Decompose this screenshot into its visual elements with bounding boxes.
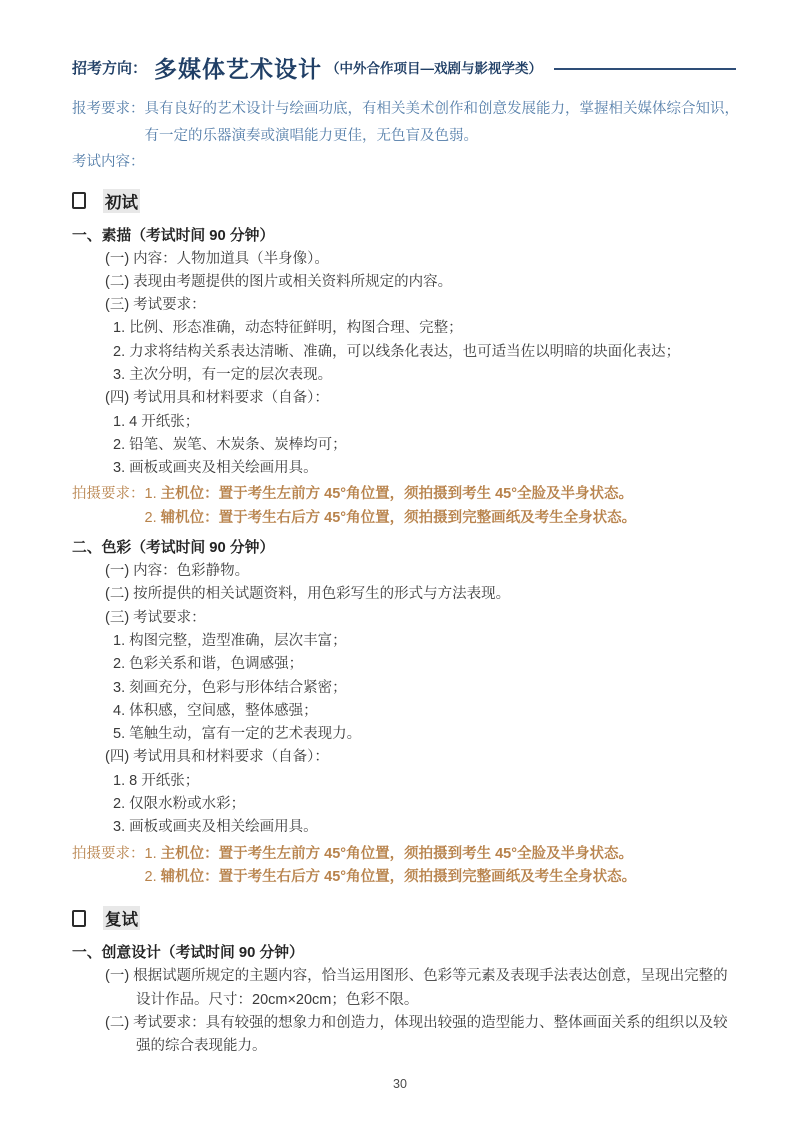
list-item: 3. 刻画充分，色彩与形体结合紧密； [113, 677, 740, 700]
shooting-lines: 1. 主机位：置于考生左前方 45°角位置，须拍摄到考生 45°全脸及半身状态。… [145, 843, 637, 890]
shooting-item: 2. 辅机位：置于考生右后方 45°角位置，须拍摄到完整画纸及考生全身状态。 [145, 866, 637, 889]
shooting-item-number: 2. [145, 869, 161, 885]
shooting-label: 拍摄要求： [72, 843, 145, 890]
list-item: (四) 考试用具和材料要求（自备）： [105, 746, 740, 769]
shooting-item-text: 辅机位：置于考生右后方 45°角位置，须拍摄到完整画纸及考生全身状态。 [161, 510, 636, 526]
direction-label: 招考方向： [72, 54, 147, 84]
list-item: (二) 按所提供的相关试题资料，用色彩写生的形式与方法表现。 [105, 583, 740, 606]
shooting-label: 拍摄要求： [72, 483, 145, 530]
shooting-item-number: 1. [145, 846, 161, 862]
shooting-item: 1. 主机位：置于考生左前方 45°角位置，须拍摄到考生 45°全脸及半身状态。 [145, 843, 637, 866]
header-rule [554, 68, 736, 70]
page-subtitle: （中外合作项目—戏剧与影视学类） [326, 54, 542, 84]
list-item: 1. 8 开纸张； [113, 770, 740, 793]
shooting-requirements: 拍摄要求： 1. 主机位：置于考生左前方 45°角位置，须拍摄到考生 45°全脸… [72, 483, 740, 530]
list-item: 5. 笔触生动，富有一定的艺术表现力。 [113, 723, 740, 746]
page-title: 多媒体艺术设计 [154, 54, 322, 84]
list-item: (二) 表现由考题提供的图片或相关资料所规定的内容。 [105, 271, 740, 294]
document-page: 招考方向： 多媒体艺术设计 （中外合作项目—戏剧与影视学类） 报考要求： 具有良… [0, 0, 800, 1131]
requirements-text: 具有良好的艺术设计与绘画功底，有相关美术创作和创意发展能力，掌握相关媒体综合知识… [145, 96, 741, 149]
shooting-item-number: 2. [145, 510, 161, 526]
stage-title: 初试 [103, 189, 140, 213]
list-item: 3. 主次分明，有一定的层次表现。 [113, 364, 740, 387]
list-item: 3. 画板或画夹及相关绘画用具。 [113, 457, 740, 480]
list-item: 1. 4 开纸张； [113, 411, 740, 434]
stage-heading-first-round: 初试 [72, 188, 740, 214]
list-item: 2. 色彩关系和谐，色调感强； [113, 653, 740, 676]
shooting-item-text: 主机位：置于考生左前方 45°角位置，须拍摄到考生 45°全脸及半身状态。 [161, 486, 633, 502]
list-item: 2. 仅限水粉或水彩； [113, 793, 740, 816]
stage-title: 复试 [103, 906, 140, 930]
list-item: 2. 铅笔、炭笔、木炭条、炭棒均可； [113, 434, 740, 457]
subject-heading-sketch: 一、素描（考试时间 90 分钟） [72, 224, 740, 248]
subject-heading-creative-design: 一、创意设计（考试时间 90 分钟） [72, 941, 740, 965]
list-item: (一) 内容：色彩静物。 [105, 560, 740, 583]
application-requirements: 报考要求： 具有良好的艺术设计与绘画功底，有相关美术创作和创意发展能力，掌握相关… [72, 96, 740, 149]
exam-content-label: 考试内容： [72, 149, 740, 176]
list-item: (一) 内容：人物加道具（半身像）。 [105, 248, 740, 271]
header: 招考方向： 多媒体艺术设计 （中外合作项目—戏剧与影视学类） [72, 54, 740, 84]
list-item: (二) 考试要求：具有较强的想象力和创造力，体现出较强的造型能力、整体画面关系的… [105, 1012, 740, 1059]
list-item: 3. 画板或画夹及相关绘画用具。 [113, 816, 740, 839]
list-item: (三) 考试要求： [105, 607, 740, 630]
list-item: (三) 考试要求： [105, 294, 740, 317]
checkbox-bullet-icon [72, 910, 86, 927]
subject-heading-color: 二、色彩（考试时间 90 分钟） [72, 536, 740, 560]
list-item: 1. 构图完整，造型准确，层次丰富； [113, 630, 740, 653]
list-item: 2. 力求将结构关系表达清晰、准确，可以线条化表达，也可适当佐以明暗的块面化表达… [113, 341, 740, 364]
list-item: 4. 体积感，空间感，整体感强； [113, 700, 740, 723]
shooting-item: 1. 主机位：置于考生左前方 45°角位置，须拍摄到考生 45°全脸及半身状态。 [145, 483, 637, 506]
shooting-requirements: 拍摄要求： 1. 主机位：置于考生左前方 45°角位置，须拍摄到考生 45°全脸… [72, 843, 740, 890]
list-item: (四) 考试用具和材料要求（自备）： [105, 387, 740, 410]
shooting-item-text: 主机位：置于考生左前方 45°角位置，须拍摄到考生 45°全脸及半身状态。 [161, 846, 633, 862]
page-number: 30 [0, 1077, 800, 1091]
shooting-item: 2. 辅机位：置于考生右后方 45°角位置，须拍摄到完整画纸及考生全身状态。 [145, 507, 637, 530]
list-item: 1. 比例、形态准确，动态特征鲜明，构图合理、完整； [113, 317, 740, 340]
stage-heading-second-round: 复试 [72, 905, 740, 931]
shooting-item-text: 辅机位：置于考生右后方 45°角位置，须拍摄到完整画纸及考生全身状态。 [161, 869, 636, 885]
checkbox-bullet-icon [72, 192, 86, 209]
list-item: (一) 根据试题所规定的主题内容，恰当运用图形、色彩等元素及表现手法表达创意，呈… [105, 965, 740, 1012]
shooting-lines: 1. 主机位：置于考生左前方 45°角位置，须拍摄到考生 45°全脸及半身状态。… [145, 483, 637, 530]
requirements-label: 报考要求： [72, 96, 145, 149]
shooting-item-number: 1. [145, 486, 161, 502]
